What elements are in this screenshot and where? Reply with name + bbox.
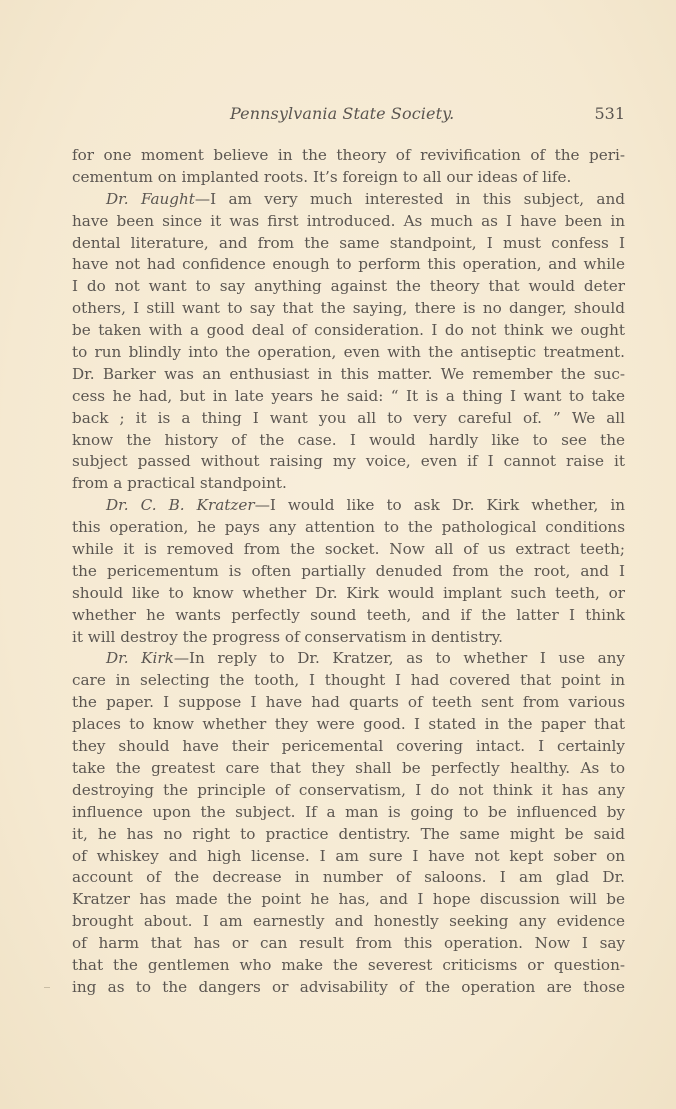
text-line: the pericementum is often partially denu…	[72, 561, 625, 583]
text-line: while it is removed from the socket. Now…	[72, 539, 625, 561]
speaker-lead-text: —I would like to ask Dr. Kirk whether, i…	[255, 496, 625, 514]
text-line: for one moment believe in the theory of …	[72, 145, 625, 167]
paragraph-kratzer: Dr. C. B. Kratzer—I would like to ask Dr…	[72, 495, 625, 648]
text-line: destroying the principle of conservatism…	[72, 780, 625, 802]
text-line: dental literature, and from the same sta…	[72, 233, 625, 255]
text-line: whether he wants perfectly sound teeth, …	[72, 605, 625, 627]
text-line: have been since it was first introduced.…	[72, 211, 625, 233]
text-line: cess he had, but in late years he said: …	[72, 386, 625, 408]
text-line: account of the decrease in number of sal…	[72, 867, 625, 889]
text-line: it, he has no right to practice dentistr…	[72, 824, 625, 846]
speaker-name: Dr. Faught	[106, 190, 195, 208]
text-line: the paper. I suppose I have had quarts o…	[72, 692, 625, 714]
speaker-lead-text: —In reply to Dr. Kratzer, as to whether …	[174, 649, 625, 667]
text-line: care in selecting the tooth, I thought I…	[72, 670, 625, 692]
body-text: for one moment believe in the theory of …	[72, 145, 625, 999]
text-line: subject passed without raising my voice,…	[72, 451, 625, 473]
text-line: back ; it is a thing I want you all to v…	[72, 408, 625, 430]
text-line: Dr. Barker was an enthusiast in this mat…	[72, 364, 625, 386]
paragraph-continuation: for one moment believe in the theory of …	[72, 145, 625, 189]
text-line: know the history of the case. I would ha…	[72, 430, 625, 452]
text-line: ing as to the dangers or advisability of…	[72, 977, 625, 999]
running-head: Pennsylvania State Society. 531	[72, 104, 625, 126]
text-line: have not had confidence enough to perfor…	[72, 254, 625, 276]
text-line: take the greatest care that they shall b…	[72, 758, 625, 780]
text-line: cementum on implanted roots. It’s foreig…	[72, 167, 625, 189]
text-line: should like to know whether Dr. Kirk wou…	[72, 583, 625, 605]
speaker-lead-text: —I am very much interested in this subje…	[195, 190, 625, 208]
speaker-name: Dr. Kirk	[106, 649, 174, 667]
paragraph-faught: Dr. Faught—I am very much interested in …	[72, 189, 625, 495]
text-line: of whiskey and high license. I am sure I…	[72, 846, 625, 868]
running-title: Pennsylvania State Society.	[230, 104, 454, 123]
text-line: from a practical standpoint.	[72, 473, 625, 495]
paragraph-kirk: Dr. Kirk—In reply to Dr. Kratzer, as to …	[72, 648, 625, 998]
speaker-line: Dr. C. B. Kratzer—I would like to ask Dr…	[72, 495, 625, 517]
text-line: I do not want to say anything against th…	[72, 276, 625, 298]
text-line: others, I still want to say that the say…	[72, 298, 625, 320]
speaker-line: Dr. Faught—I am very much interested in …	[72, 189, 625, 211]
text-line: Kratzer has made the point he has, and I…	[72, 889, 625, 911]
speaker-name: Dr. C. B. Kratzer	[106, 496, 255, 514]
speaker-line: Dr. Kirk—In reply to Dr. Kratzer, as to …	[72, 648, 625, 670]
text-line: places to know whether they were good. I…	[72, 714, 625, 736]
text-line: to run blindly into the operation, even …	[72, 342, 625, 364]
text-line: they should have their pericemental cove…	[72, 736, 625, 758]
text-line: this operation, he pays any attention to…	[72, 517, 625, 539]
text-line: be taken with a good deal of considerati…	[72, 320, 625, 342]
page-number: 531	[594, 104, 625, 123]
text-line: that the gentlemen who make the severest…	[72, 955, 625, 977]
book-page: Pennsylvania State Society. 531 for one …	[0, 0, 676, 1109]
text-line: of harm that has or can result from this…	[72, 933, 625, 955]
text-line: influence upon the subject. If a man is …	[72, 802, 625, 824]
text-line: brought about. I am earnestly and honest…	[72, 911, 625, 933]
text-line: it will destroy the progress of conserva…	[72, 627, 625, 649]
margin-mark	[44, 987, 50, 988]
